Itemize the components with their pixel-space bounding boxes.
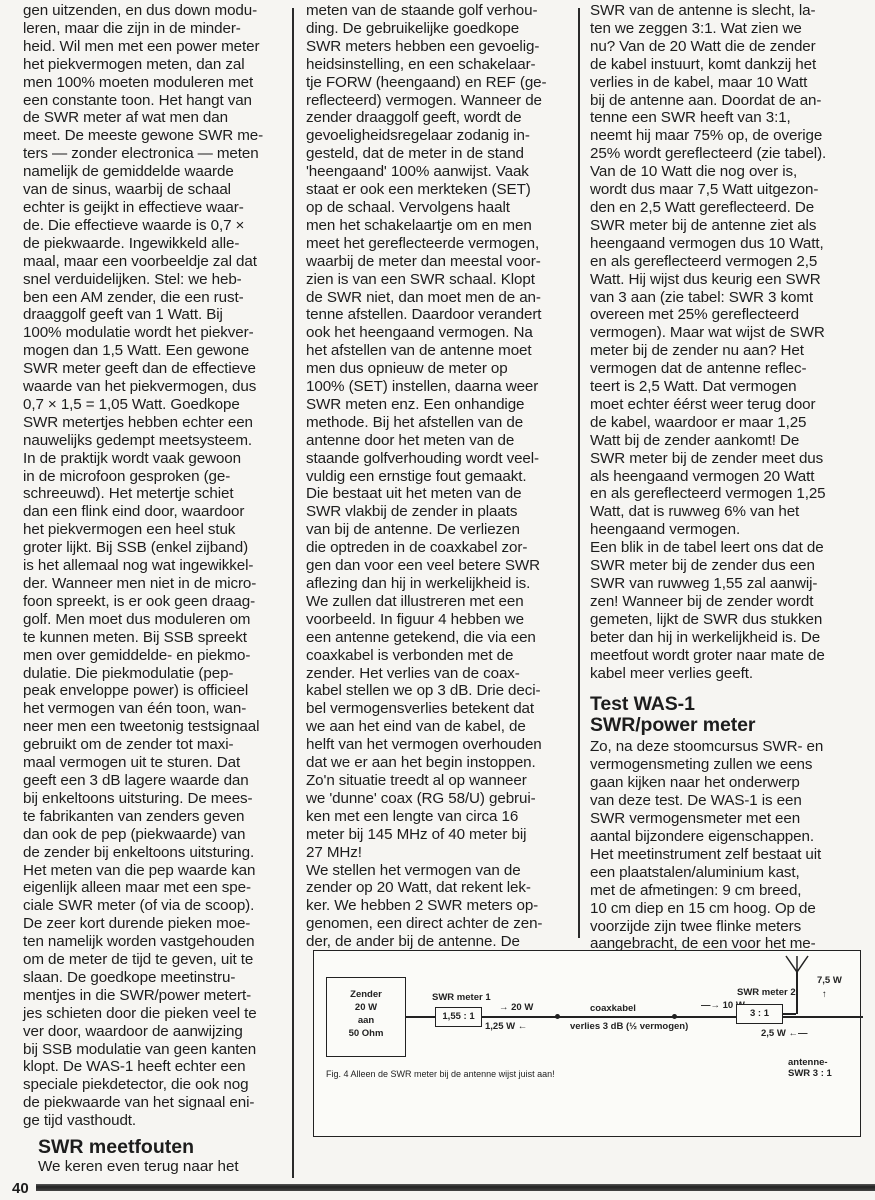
paragraph-line: der, de ander bij de antenne. De bbox=[306, 933, 576, 951]
paragraph-line: nauwelijks gedempt meetsysteem. bbox=[23, 432, 285, 450]
transmitter-line: 50 Ohm bbox=[327, 1027, 405, 1040]
paragraph-line: dan ook de pep (piekwaarde) van bbox=[23, 826, 285, 844]
paragraph-line: Watt, dat is ruwweg 6% van het bbox=[590, 503, 860, 521]
paragraph-line: met de afmetingen: 9 cm breed, bbox=[590, 882, 860, 900]
figure-caption: Fig. 4 Alleen de SWR meter bij de antenn… bbox=[326, 1069, 555, 1079]
paragraph-line: heengaand vermogen. bbox=[590, 521, 860, 539]
paragraph-line: en als gereflecteerd vermogen 2,5 bbox=[590, 253, 860, 271]
paragraph-line: te kunnen meten. Bij SSB spreekt bbox=[23, 629, 285, 647]
paragraph-line: In de praktijk wordt vaak gewoon bbox=[23, 450, 285, 468]
paragraph-line: voorbeeld. In figuur 4 hebben we bbox=[306, 611, 576, 629]
reflected1-label: 1,25 W ← bbox=[485, 1021, 527, 1032]
paragraph-line: men dus opnieuw de meter op bbox=[306, 360, 576, 378]
paragraph-line: SWR meter geeft dan de effectieve bbox=[23, 360, 285, 378]
paragraph-line: zender draaggolf geeft, wordt de bbox=[306, 109, 576, 127]
paragraph-line: geeft een 3 dB lagere waarde dan bbox=[23, 772, 285, 790]
paragraph-line: groter lijkt. Bij SSB (enkel zijband) bbox=[23, 539, 285, 557]
paragraph-line: een plaatstalen/aluminium kast, bbox=[590, 864, 860, 882]
paragraph-line: we aan het eind van de kabel, de bbox=[306, 718, 576, 736]
paragraph-line: SWR van ruwweg 1,55 zal aanwij- bbox=[590, 575, 860, 593]
column-3-test-body: Zo, na deze stoomcursus SWR- envermogens… bbox=[590, 738, 860, 953]
paragraph-line: leren, maar die zijn in de minder- bbox=[23, 20, 285, 38]
paragraph-line: ding. De gebruikelijke goedkope bbox=[306, 20, 576, 38]
paragraph-line: heengaand vermogen dus 10 Watt, bbox=[590, 235, 860, 253]
paragraph-line: ker. We hebben 2 SWR meters op- bbox=[306, 897, 576, 915]
paragraph-line: dat we er aan het begin instoppen. bbox=[306, 754, 576, 772]
page-number: 40 bbox=[12, 1180, 29, 1197]
meter2-label: SWR meter 2 bbox=[737, 987, 796, 998]
heading-line: SWR/power meter bbox=[590, 715, 860, 736]
paragraph-line: Die bestaat uit het meten van de bbox=[306, 485, 576, 503]
paragraph-line: waarbij de meter dan meestal voor- bbox=[306, 253, 576, 271]
paragraph-line: 'heengaand' 100% aanwijst. Vaak bbox=[306, 163, 576, 181]
meter1-label: SWR meter 1 bbox=[432, 992, 491, 1003]
paragraph-line: meter bij 145 MHz of 40 meter bij bbox=[306, 826, 576, 844]
radiated-arrow-icon: ↑ bbox=[822, 989, 827, 1000]
paragraph-line: het afstellen van de antenne moet bbox=[306, 342, 576, 360]
paragraph-line: wordt dus maar 7,5 Watt uitgezon- bbox=[590, 181, 860, 199]
paragraph-line: ge tijd vasthoudt. bbox=[23, 1112, 285, 1130]
paragraph-line: slaan. De goedkope meetinstru- bbox=[23, 969, 285, 987]
paragraph-line: en als gereflecteerd vermogen 1,25 bbox=[590, 485, 860, 503]
paragraph-line: methode. Bij het afstellen van de bbox=[306, 414, 576, 432]
paragraph-line: peak enveloppe power) is officieel bbox=[23, 682, 285, 700]
paragraph-line: eigenlijk alleen maar met een spe- bbox=[23, 879, 285, 897]
paragraph-line: aantal bijzondere eigenschappen. bbox=[590, 828, 860, 846]
paragraph-line: draaggolf geeft van 1 Watt. Bij bbox=[23, 306, 285, 324]
article-column-1: gen uitzenden, en dus down modu-leren, m… bbox=[23, 2, 285, 1130]
paragraph-line: echter is geijkt in effectieve waar- bbox=[23, 199, 285, 217]
paragraph-line: ook het heengaand vermogen. Na bbox=[306, 324, 576, 342]
paragraph-line: vuldig een ernstige fout gemaakt. bbox=[306, 468, 576, 486]
paragraph-line: SWR van de antenne is slecht, la- bbox=[590, 2, 860, 20]
paragraph-line: bij enkeltoons uitsturing. De mees- bbox=[23, 790, 285, 808]
paragraph-line: heid. Wil men met een power meter bbox=[23, 38, 285, 56]
paragraph-line: men het schakelaartje om en men bbox=[306, 217, 576, 235]
paragraph-line: men over gemiddelde- en piekmo- bbox=[23, 647, 285, 665]
transmitter-line: aan bbox=[327, 1014, 405, 1027]
paragraph-line: is het allemaal nog wat ingewikkel- bbox=[23, 557, 285, 575]
paragraph-line: SWR vermogensmeter met een bbox=[590, 810, 860, 828]
article-column-2: meten van de staande golf verhou-ding. D… bbox=[306, 2, 576, 951]
paragraph-line: zien is van een SWR schaal. Klopt bbox=[306, 271, 576, 289]
paragraph-line: Watt. Hij wijst dus keurig een SWR bbox=[590, 271, 860, 289]
cable-loss-label: verlies 3 dB (½ vermogen) bbox=[570, 1021, 688, 1032]
paragraph-line: antenne door het meten van de bbox=[306, 432, 576, 450]
paragraph-line: van de sinus, waarbij de schaal bbox=[23, 181, 285, 199]
paragraph-line: Een blik in de tabel leert ons dat de bbox=[590, 539, 860, 557]
paragraph-line: der. Wanneer men niet in de micro- bbox=[23, 575, 285, 593]
paragraph-line: meet. De meeste gewone SWR me- bbox=[23, 127, 285, 145]
paragraph-line: ters — zonder electronica — meten bbox=[23, 145, 285, 163]
paragraph-line: ben een AM zender, die een rust- bbox=[23, 289, 285, 307]
transmitter-box: Zender 20 W aan 50 Ohm bbox=[326, 977, 406, 1057]
paragraph-line: maal, maar een voorbeeldje zal dat bbox=[23, 253, 285, 271]
paragraph-line: voorzijde zijn twee flinke meters bbox=[590, 918, 860, 936]
paragraph-line: de kabel, waardoor er maar 1,25 bbox=[590, 414, 860, 432]
paragraph-line: jes schieten door die pieken veel te bbox=[23, 1005, 285, 1023]
paragraph-line: zender op 20 Watt, dat rekent lek- bbox=[306, 879, 576, 897]
paragraph-line: SWR meters hebben een gevoelig- bbox=[306, 38, 576, 56]
paragraph-line: gen uitzenden, en dus down modu- bbox=[23, 2, 285, 20]
paragraph-line: de SWR meter af wat men dan bbox=[23, 109, 285, 127]
paragraph-line: 27 MHz! bbox=[306, 844, 576, 862]
paragraph-line: klopt. De WAS-1 heeft echter een bbox=[23, 1058, 285, 1076]
paragraph-line: SWR metertjes hebben echter een bbox=[23, 414, 285, 432]
paragraph-line: neemt hij maar 75% op, de overige bbox=[590, 127, 860, 145]
paragraph-line: 25% wordt gereflecteerd (zie tabel). bbox=[590, 145, 860, 163]
column-divider bbox=[578, 8, 580, 938]
antenna-mast bbox=[796, 971, 798, 1014]
paragraph-line: gevoeligheidsregelaar zodanig in- bbox=[306, 127, 576, 145]
paragraph-line: aflezing dan hij in werkelijkheid is. bbox=[306, 575, 576, 593]
paragraph-line: de. Die effectieve waarde is 0,7 × bbox=[23, 217, 285, 235]
paragraph-line: 10 cm diep en 15 cm hoog. Op de bbox=[590, 900, 860, 918]
paragraph-line: in de microfoon gesproken (ge- bbox=[23, 468, 285, 486]
figure-4-diagram: Zender 20 W aan 50 Ohm SWR meter 1 1,55 … bbox=[313, 950, 861, 1137]
paragraph-line: zender. Het verlies van de coax- bbox=[306, 665, 576, 683]
transmitter-line: 20 W bbox=[327, 1001, 405, 1014]
coax-cable-label: coaxkabel bbox=[590, 1003, 636, 1014]
paragraph-line: gaan kijken naar het onderwerp bbox=[590, 774, 860, 792]
antenna-swr-label: antenne- SWR 3 : 1 bbox=[788, 1057, 832, 1079]
paragraph-line: gebruikt om de zender tot maxi- bbox=[23, 736, 285, 754]
radiated-power-label: 7,5 W bbox=[817, 975, 842, 986]
paragraph-line: mentjes in die SWR/power metert- bbox=[23, 987, 285, 1005]
paragraph-line: kabel stellen we op 3 dB. Drie deci- bbox=[306, 682, 576, 700]
paragraph-line: SWR vlakbij de zender in plaats bbox=[306, 503, 576, 521]
paragraph-line: ten namelijk worden vastgehouden bbox=[23, 933, 285, 951]
paragraph-line: van deze test. De WAS-1 is een bbox=[590, 792, 860, 810]
paragraph-line: tenne een SWR heeft van 3:1, bbox=[590, 109, 860, 127]
paragraph-line: die optreden in de coaxkabel zor- bbox=[306, 539, 576, 557]
paragraph-line: moet echter éérst weer terug door bbox=[590, 396, 860, 414]
paragraph-line: 0,7 × 1,5 = 1,05 Watt. Goedkope bbox=[23, 396, 285, 414]
antenna-swr-line: SWR 3 : 1 bbox=[788, 1068, 832, 1079]
paragraph-line: Zo'n situatie treedt al op wanneer bbox=[306, 772, 576, 790]
paragraph-line: schreeuwd). Het metertje schiet bbox=[23, 485, 285, 503]
meter2-value: 3 : 1 bbox=[737, 1008, 782, 1019]
paragraph-line: ten we zeggen 3:1. Wat zien we bbox=[590, 20, 860, 38]
paragraph-line: tenne afstellen. Daardoor verandert bbox=[306, 306, 576, 324]
paragraph-line: SWR meten enz. Een onhandige bbox=[306, 396, 576, 414]
paragraph-line: nu? Van de 20 Watt die de zender bbox=[590, 38, 860, 56]
forward1-value: 20 W bbox=[511, 1002, 533, 1013]
paragraph-line: bij SSB modulatie van geen kanten bbox=[23, 1041, 285, 1059]
paragraph-line: staande golfverhouding wordt veel- bbox=[306, 450, 576, 468]
article-column-3: SWR van de antenne is slecht, la-ten we … bbox=[590, 2, 860, 953]
paragraph-line: het vermogen van één toon, wan- bbox=[23, 700, 285, 718]
antenna-feed bbox=[782, 1013, 796, 1015]
paragraph-line: te fabrikanten van zenders geven bbox=[23, 808, 285, 826]
paragraph-line: foon spreekt, is er ook geen draag- bbox=[23, 593, 285, 611]
column-3-body: SWR van de antenne is slecht, la-ten we … bbox=[590, 2, 860, 682]
paragraph-line: vermogen dat de antenne reflec- bbox=[590, 360, 860, 378]
heading-line: Test WAS-1 bbox=[590, 694, 860, 715]
cable-junction-dot bbox=[672, 1014, 677, 1019]
paragraph-line: op de schaal. Vervolgens haalt bbox=[306, 199, 576, 217]
transmitter-label: Zender 20 W aan 50 Ohm bbox=[327, 988, 405, 1040]
reflected1-value: 1,25 W bbox=[485, 1021, 515, 1032]
meter1-box: 1,55 : 1 bbox=[435, 1007, 482, 1027]
column-divider bbox=[292, 8, 294, 1178]
paragraph-line: van 3 aan (zie tabel: SWR 3 komt bbox=[590, 289, 860, 307]
paragraph-line: Zo, na deze stoomcursus SWR- en bbox=[590, 738, 860, 756]
paragraph-line: namelijk de gemiddelde waarde bbox=[23, 163, 285, 181]
paragraph-line: Van de 10 Watt die nog over is, bbox=[590, 163, 860, 181]
paragraph-line: Het meten van die pep waarde kan bbox=[23, 862, 285, 880]
paragraph-line: den en 2,5 Watt gereflecteerd. De bbox=[590, 199, 860, 217]
paragraph-line: bel vermogensverlies betekent dat bbox=[306, 700, 576, 718]
section-heading-swr-meetfouten: SWR meetfouten bbox=[38, 1137, 194, 1158]
footer-rule bbox=[36, 1184, 875, 1191]
paragraph-line: zen! Wanneer bij de zender wordt bbox=[590, 593, 860, 611]
paragraph-line: meten van de staande golf verhou- bbox=[306, 2, 576, 20]
paragraph-line: reflecteerd) vermogen. Wanneer de bbox=[306, 92, 576, 110]
paragraph-line: het piekvermogen een heel stuk bbox=[23, 521, 285, 539]
paragraph-line: SWR meter bij de zender dus een bbox=[590, 557, 860, 575]
antenna-swr-line: antenne- bbox=[788, 1057, 832, 1068]
paragraph-line: de piekwaarde. Ingewikkeld alle- bbox=[23, 235, 285, 253]
paragraph-line: coaxkabel is verbonden met de bbox=[306, 647, 576, 665]
paragraph-line: We zullen dat illustreren met een bbox=[306, 593, 576, 611]
paragraph-line: neer men een tweetonig testsignaal bbox=[23, 718, 285, 736]
paragraph-line: tje FORW (heengaand) en REF (ge- bbox=[306, 74, 576, 92]
section-heading-test-was1: Test WAS-1 SWR/power meter bbox=[590, 694, 860, 736]
paragraph-line: de kabel instuurt, komt dankzij het bbox=[590, 56, 860, 74]
feed-line bbox=[405, 1016, 435, 1018]
forward1-label: → 20 W bbox=[499, 1002, 533, 1013]
paragraph-line: teert is 2,5 Watt. Dat vermogen bbox=[590, 378, 860, 396]
paragraph-line: speciale piekdetector, die ook nog bbox=[23, 1076, 285, 1094]
paragraph-line: SWR meter bij de zender meet dus bbox=[590, 450, 860, 468]
paragraph-line: de piekwaarde van het signaal eni- bbox=[23, 1094, 285, 1112]
paragraph-line: het piekvermogen meten, dan zal bbox=[23, 56, 285, 74]
paragraph-line: als heengaand vermogen 20 Watt bbox=[590, 468, 860, 486]
paragraph-line: een constante toon. Het hangt van bbox=[23, 92, 285, 110]
paragraph-line: meter bij de zender nu aan? Het bbox=[590, 342, 860, 360]
reflected2-value: 2,5 W bbox=[761, 1028, 786, 1039]
paragraph-line: We stellen het vermogen van de bbox=[306, 862, 576, 880]
paragraph-line: We keren even terug naar het bbox=[38, 1158, 239, 1175]
paragraph-line: mogen dan 1,5 Watt. Een gewone bbox=[23, 342, 285, 360]
paragraph-line: heidsinstelling, en een schakelaar- bbox=[306, 56, 576, 74]
paragraph-line: staat er ook een merkteken (SET) bbox=[306, 181, 576, 199]
paragraph-line: golf. Men moet dus moduleren om bbox=[23, 611, 285, 629]
paragraph-line: beter dan hij in werkelijkheid is. De bbox=[590, 629, 860, 647]
paragraph-line: dulatie. Die piekmodulatie (pep- bbox=[23, 665, 285, 683]
paragraph-line: maal vermogen uit te sturen. Dat bbox=[23, 754, 285, 772]
paragraph-line: van bij de antenne. De verliezen bbox=[306, 521, 576, 539]
paragraph-line: gen dan voor een veel betere SWR bbox=[306, 557, 576, 575]
paragraph-line: 100% (SET) instellen, daarna weer bbox=[306, 378, 576, 396]
paragraph-line: Watt bij de zender aankomt! De bbox=[590, 432, 860, 450]
paragraph-line: gesteld, dat de meter in de stand bbox=[306, 145, 576, 163]
paragraph-line: vermogensmeting zullen we eens bbox=[590, 756, 860, 774]
paragraph-line: ken met een lengte van circa 16 bbox=[306, 808, 576, 826]
paragraph-line: de zender bij enkeltoons uitsturing. bbox=[23, 844, 285, 862]
paragraph-line: Het meetinstrument zelf bestaat uit bbox=[590, 846, 860, 864]
paragraph-line: De zeer kort durende pieken moe- bbox=[23, 915, 285, 933]
paragraph-line: SWR meter bij de antenne ziet als bbox=[590, 217, 860, 235]
paragraph-line: we 'dunne' coax (RG 58/U) gebrui- bbox=[306, 790, 576, 808]
paragraph-line: een antenne getekend, die via een bbox=[306, 629, 576, 647]
paragraph-line: ciale SWR meter (of via de scoop). bbox=[23, 897, 285, 915]
cable-junction-dot bbox=[555, 1014, 560, 1019]
paragraph-line: kabel meer verlies geeft. bbox=[590, 665, 860, 683]
meter2-box: 3 : 1 bbox=[736, 1004, 783, 1024]
paragraph-line: verlies in de kabel, maar 10 Watt bbox=[590, 74, 860, 92]
paragraph-line: genomen, een direct achter de zen- bbox=[306, 915, 576, 933]
paragraph-line: meet het gereflecteerde vermogen, bbox=[306, 235, 576, 253]
transmitter-line: Zender bbox=[327, 988, 405, 1001]
paragraph-line: men 100% moeten moduleren met bbox=[23, 74, 285, 92]
paragraph-line: snel verduidelijken. Stel: we heb- bbox=[23, 271, 285, 289]
paragraph-line: 100% modulatie wordt het piekver- bbox=[23, 324, 285, 342]
paragraph-line: waarde van het piekvermogen, dus bbox=[23, 378, 285, 396]
paragraph-line: gemeten, lijkt de SWR dus stukken bbox=[590, 611, 860, 629]
paragraph-line: dan een flink eind door, waardoor bbox=[23, 503, 285, 521]
paragraph-line: om de meter de tijd te geven, uit te bbox=[23, 951, 285, 969]
paragraph-line: helft van het vermogen overhouden bbox=[306, 736, 576, 754]
paragraph-line: bij de antenne aan. Doordat de an- bbox=[590, 92, 860, 110]
paragraph-line: overeen met 25% gereflecteerd bbox=[590, 306, 860, 324]
paragraph-line: meetfout wordt groter naar mate de bbox=[590, 647, 860, 665]
paragraph-line: vermogen). Maar wat wijst de SWR bbox=[590, 324, 860, 342]
meter1-value: 1,55 : 1 bbox=[436, 1011, 481, 1022]
antenna-icon bbox=[784, 955, 810, 977]
reflected2-label: 2,5 W ←— bbox=[761, 1028, 807, 1039]
paragraph-line: ver door, waardoor de aanwijzing bbox=[23, 1023, 285, 1041]
paragraph-line: de SWR niet, dan moet men de an- bbox=[306, 289, 576, 307]
